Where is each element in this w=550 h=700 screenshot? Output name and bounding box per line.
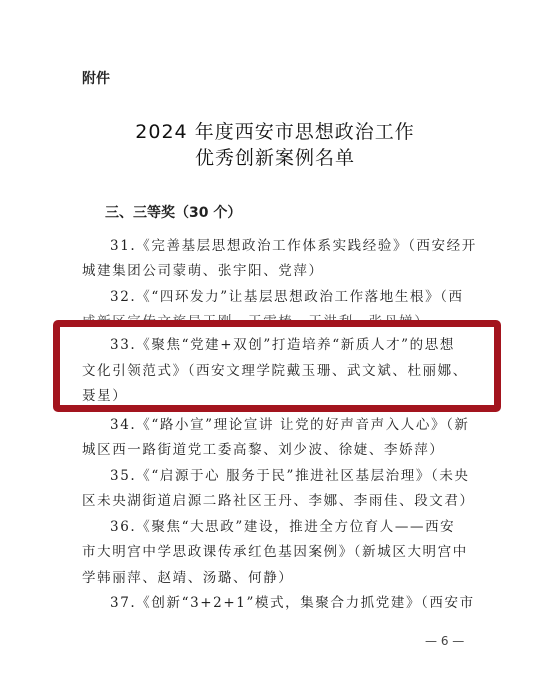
entry-31-line1: 31.《完善基层思想政治工作体系实践经验》（西安经开: [110, 234, 477, 254]
document-title-line2: 优秀创新案例名单: [0, 143, 550, 170]
entry-32-line1: 32.《“四环发力”让基层思想政治工作落地生根》（西: [110, 285, 464, 305]
entry-36-line1: 36.《聚焦“大思政”建设，推进全方位育人——西安: [110, 515, 455, 535]
entry-36-line3: 学韩丽萍、赵靖、汤璐、何静）: [82, 566, 293, 586]
entry-33-line1: 33.《聚焦“党建+双创”打造培养“新质人才”的思想: [110, 333, 455, 353]
entry-35-line1: 35.《“启源于心 服务于民”推进社区基层治理》（未央: [110, 464, 470, 484]
document-title-line1: 2024 年度西安市思想政治工作: [0, 117, 550, 144]
entry-33-line3: 聂星）: [82, 384, 127, 404]
entry-35-line2: 区未央湖街道启源二路社区王丹、李娜、李雨佳、段文君）: [82, 489, 475, 509]
entry-31-line2: 城建集团公司蒙萌、张宇阳、党萍）: [82, 259, 324, 279]
attachment-label: 附件: [82, 68, 110, 88]
page-number: — 6 —: [425, 634, 464, 648]
entry-37-line1: 37.《创新“3+2+1”模式，集聚合力抓党建》（西安市: [110, 591, 475, 611]
section-heading: 三、三等奖（30 个）: [105, 202, 241, 222]
highlight-box: 33.《聚焦“党建+双创”打造培养“新质人才”的思想 文化引领范式》（西安文理学…: [53, 320, 501, 412]
entry-33-line2: 文化引领范式》（西安文理学院戴玉珊、武文斌、杜丽娜、: [82, 359, 468, 379]
entry-36-line2: 市大明宫中学思政课传承红色基因案例》（新城区大明宫中: [82, 540, 468, 560]
entry-34-line2: 城区西一路街道党工委高黎、刘少波、徐婕、李娇萍）: [82, 438, 444, 458]
entry-34-line1: 34.《“路小宣”理论宣讲 让党的好声音声入人心》（新: [110, 413, 470, 433]
